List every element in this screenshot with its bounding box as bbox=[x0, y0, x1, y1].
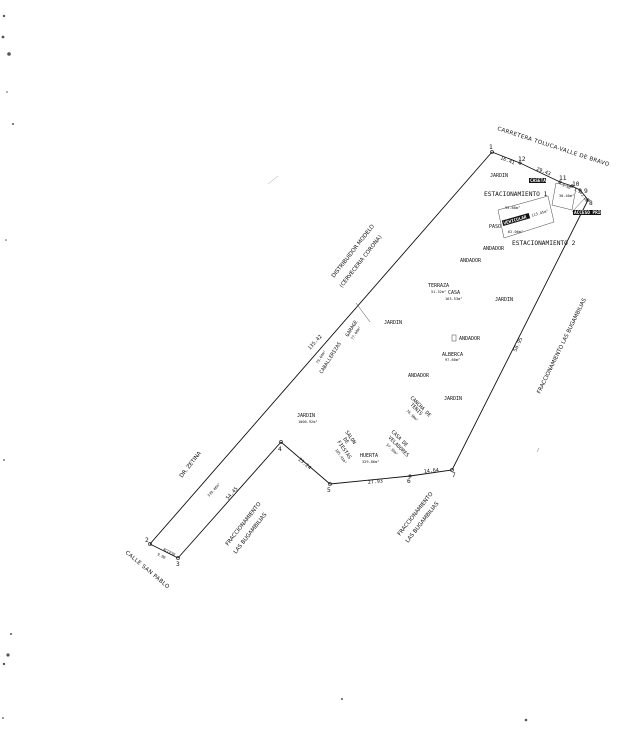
scan-noise bbox=[2, 15, 539, 722]
dim-1-12: 16.41 bbox=[499, 155, 515, 166]
vertex-12: 12 bbox=[518, 156, 526, 163]
neighbor-dr-zetina: DR. ZETINA bbox=[179, 451, 203, 480]
zone-estacionamiento-2-area: 62.06m² bbox=[508, 230, 523, 234]
zone-andador-4: ANDADOR bbox=[408, 373, 430, 379]
zone-andador-1: ANDADOR bbox=[483, 246, 505, 252]
zone-jardin-top: JARDIN bbox=[490, 173, 508, 179]
zone-estacionamiento-1: ESTACIONAMIENTO 1 bbox=[484, 191, 548, 198]
zone-huerta: HUERTA bbox=[360, 453, 378, 459]
vertex-2: 2 bbox=[145, 537, 149, 544]
vertex-4: 4 bbox=[278, 446, 282, 453]
zone-jardin-se: JARDIN bbox=[444, 396, 462, 402]
zone-terraza: TERRAZA bbox=[428, 283, 449, 289]
zone-huerta-area: 329.86m² bbox=[362, 460, 379, 464]
zone-acceso-principal: ACCESO PRINCIPAL bbox=[574, 210, 617, 216]
zone-casa-area: 163.53m² bbox=[445, 297, 462, 301]
zone-paso-vehicular-area: 113.45m² bbox=[531, 209, 549, 218]
dim-4-5: 23.24 bbox=[297, 457, 312, 471]
zone-estacionamiento-2: ESTACIONAMIENTO 2 bbox=[512, 240, 576, 247]
zone-estacionamiento-1-area: 93.88m² bbox=[505, 206, 520, 210]
dim-11-10: 3.50 bbox=[562, 183, 572, 190]
dim-1-2: 135.42 bbox=[307, 334, 324, 351]
vertex-3: 3 bbox=[176, 561, 180, 568]
site-plan-drawing: 1 2 3 4 5 6 7 8 9 10 11 12 16.41 29.43 3… bbox=[0, 0, 644, 730]
vertex-markers bbox=[148, 150, 589, 559]
dim-7-8: 58.95 bbox=[512, 337, 524, 353]
zone-andador-2: ANDADOR bbox=[460, 258, 482, 264]
zone-andador-3: ANDADOR bbox=[459, 336, 481, 342]
vertex-5: 5 bbox=[327, 487, 331, 494]
zone-terraza-area: 51.32m² bbox=[431, 290, 446, 294]
zone-casa: CASA bbox=[448, 290, 460, 296]
zone-jardin-mid: JARDIN bbox=[384, 320, 402, 326]
dim-acceso: 9.90 bbox=[157, 552, 167, 559]
zone-acceso-strip-area: 339.46m² bbox=[207, 482, 222, 498]
zone-jardin-east: JARDIN bbox=[495, 297, 513, 303]
zone-alberca-area: 97.60m² bbox=[445, 358, 460, 362]
dim-5-6: 27.93 bbox=[368, 478, 384, 486]
vertex-labels: 1 2 3 4 5 6 7 8 9 10 11 12 bbox=[145, 144, 593, 568]
dim-6-7: 14.64 bbox=[424, 467, 440, 475]
vertex-8: 8 bbox=[589, 200, 593, 207]
vertex-1: 1 bbox=[489, 144, 493, 151]
garage-divider bbox=[356, 303, 370, 322]
vertex-7: 7 bbox=[452, 472, 456, 479]
zone-paso-vehicular: VEHICULAR bbox=[503, 214, 528, 226]
zone-caseta-area: 30.40m² bbox=[559, 194, 574, 198]
zone-jardin-sw-area: 1006.92m² bbox=[298, 420, 317, 424]
dim-3-4: 54.45 bbox=[225, 486, 240, 501]
zone-jardin-sw: JARDIN bbox=[297, 413, 315, 419]
neighbor-fracc-east: FRACCIONAMIENTO LAS BUGAMBILIAS bbox=[536, 297, 588, 395]
pool-marker bbox=[452, 335, 456, 341]
vertex-11: 11 bbox=[559, 175, 567, 182]
vertex-6: 6 bbox=[407, 478, 411, 485]
property-boundary bbox=[150, 152, 588, 558]
dim-12-11: 29.43 bbox=[535, 166, 551, 177]
zone-caseta: CASETA bbox=[530, 178, 546, 184]
zone-paso: PASO bbox=[489, 224, 501, 230]
